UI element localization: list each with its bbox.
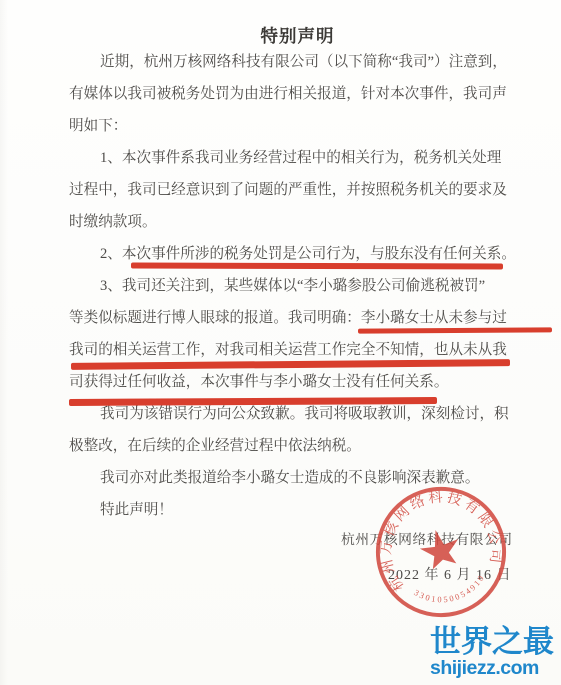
text-line: 极整改，在后续的企业经营过程中依法纳税。 [69, 430, 515, 462]
text-line: 3、我司还关注到，某些媒体以“李小璐参股公司偷逃税被罚” [69, 270, 515, 302]
scanned-statement-page: 特别声明 近期，杭州万核网络科技有限公司（以下简称“我司”）注意到， 有媒体以我… [0, 0, 561, 685]
document-title: 特别声明 [17, 23, 561, 48]
text-line: 近期，杭州万核网络科技有限公司（以下简称“我司”）注意到， [69, 46, 515, 78]
text-line: 特此声明！ [69, 494, 515, 526]
text-line: 1、本次事件系我司业务经营过程中的相关行为，税务机关处理 [69, 142, 515, 174]
watermark-domain: shijiezz.com [430, 659, 554, 678]
red-underline-shareholders [131, 263, 503, 270]
watermark-title: 世界之最 [430, 624, 554, 659]
text-line: 时缴纳款项。 [69, 206, 515, 238]
text-line: 司获得过任何收益，本次事件与李小璐女士没有任何关系。 [69, 366, 515, 398]
watermark: 世界之最 shijiezz.com [430, 624, 554, 678]
text-line: 有媒体以我司被税务处罚为由进行相关报道，针对本次事件，我司声 [69, 78, 515, 110]
text-line: 我司亦对此类报道给李小璐女士造成的不良影响深表歉意。 [69, 462, 515, 494]
signature-date: 2022 年 6 月 16 日 [388, 564, 512, 584]
text-line: 明如下： [69, 110, 515, 142]
signature-company-name: 杭州万核网络科技有限公司 [341, 528, 513, 548]
document-body: 近期，杭州万核网络科技有限公司（以下简称“我司”）注意到， 有媒体以我司被税务处… [69, 46, 515, 526]
red-underline-lixiaolu-1 [358, 327, 552, 333]
text-line: 过程中，我司已经意识到了问题的严重性，并按照税务机关的要求及 [69, 174, 515, 206]
scan-edge-shadow [0, 0, 8, 685]
